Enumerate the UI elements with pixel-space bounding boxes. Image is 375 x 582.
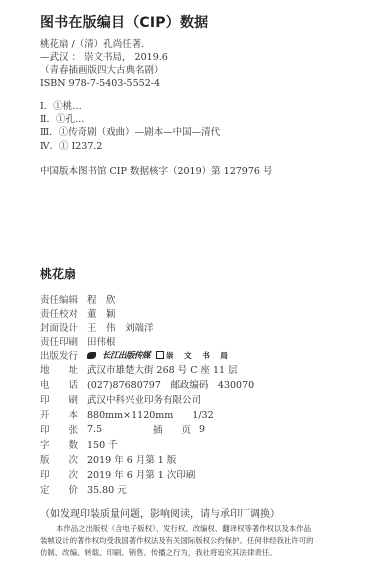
classification-2: Ⅱ．①孔… [40,111,84,125]
cip-line-isbn: ISBN 978-7-5403-5552-4 [40,77,160,91]
credit-row-proofreader: 责任校对 董 颖 [40,306,116,320]
detail-value: 880mm×1120mm 1/32 [87,407,214,421]
copyright-page: 图书在版编目（CIP）数据 桃花扇 /（清）孔尚任著． —武汉 ： 崇文书局， … [0,0,375,582]
detail-value: (027)87680797 邮政编码 430070 [87,377,254,391]
chongwen-logo-text: 崇 文 书 局 [166,350,232,361]
chongwen-logo: 崇 文 书 局 [156,350,232,361]
detail-row-edition: 版次 2019 年 6 月第 1 版 [40,452,176,466]
chongwen-seal-icon [156,351,164,359]
detail-label: 地址 [40,362,78,376]
cip-line-series: （青春插画版四大古典名剧） [40,64,164,78]
credit-value: 田伟根 [87,334,116,348]
credit-row-cover-design: 封面设计 王 伟 刘端洋 [40,320,154,334]
credit-label: 责任校对 [40,306,87,320]
detail-value: 2019 年 6 月第 1 版 [87,452,176,466]
detail-value: 35.80 元 [87,482,127,496]
detail-row-printer: 印刷 武汉中科兴业印务有限公司 [40,392,201,406]
detail-label: 版次 [40,452,78,466]
inserts-value: 9 [199,424,205,435]
detail-row-word-count: 字数 150 千 [40,437,118,451]
changjiang-media-logo-text: 长江出版传媒 [102,349,150,361]
detail-row-format: 开本 880mm×1120mm 1/32 [40,407,214,421]
detail-row-impression: 印次 2019 年 6 月第 1 次印刷 [40,467,195,481]
publisher-logos: 长江出版传媒 崇 文 书 局 [87,349,232,361]
credit-value: 程 欣 [87,292,116,306]
detail-row-address: 地址 武汉市雄楚大街 268 号 C 座 11 层 [40,362,238,376]
detail-label: 印刷 [40,392,78,406]
detail-value: 150 千 [87,437,118,451]
credit-row-editor: 责任编辑 程 欣 [40,292,116,306]
classification-4: Ⅳ．① I237.2 [40,138,102,152]
inserts-label: 插页 [153,422,191,436]
detail-label: 印次 [40,467,78,481]
credit-label: 责任印刷 [40,334,87,348]
copyright-statement: 本作品之出版权（含电子版权）、发行权、改编权、翻译权等著作权以及本作品装帧设计的… [40,523,315,559]
book-title: 桃花扇 [40,265,76,282]
cip-line-title-author: 桃花扇 /（清）孔尚任著． [40,38,151,52]
detail-value: 2019 年 6 月第 1 次印刷 [87,467,195,481]
detail-value: 7.5 [87,424,153,435]
detail-label: 定价 [40,482,78,496]
classification-1: Ⅰ．①桃… [40,98,82,112]
detail-value: 武汉市雄楚大街 268 号 C 座 11 层 [87,362,238,376]
classification-3: Ⅲ．①传奇剧（戏曲）—剧本—中国—清代 [40,124,220,138]
credit-row-publisher: 出版发行 长江出版传媒 崇 文 书 局 [40,348,232,362]
detail-row-sheets: 印张 7.5 插页 9 [40,422,205,436]
detail-label: 电话 [40,377,78,391]
credit-label: 封面设计 [40,320,87,334]
detail-label: 字数 [40,437,78,451]
detail-label: 开本 [40,407,78,421]
cip-verification-number: 中国版本图书馆 CIP 数据核字（2019）第 127976 号 [40,163,272,177]
detail-label: 印张 [40,422,78,436]
credit-label: 责任编辑 [40,292,87,306]
credit-value: 王 伟 刘端洋 [87,320,154,334]
credit-label: 出版发行 [40,348,87,362]
cip-heading: 图书在版编目（CIP）数据 [40,12,208,32]
detail-row-price: 定价 35.80 元 [40,482,127,496]
cip-line-publisher: —武汉 ： 崇文书局， 2019.6 [40,51,168,65]
detail-row-phone: 电话 (027)87680797 邮政编码 430070 [40,377,254,391]
quality-notice: （如发现印装质量问题，影响阅读，请与承印厂调换） [40,505,280,520]
credit-row-printing-supervisor: 责任印刷 田伟根 [40,334,116,348]
detail-value: 武汉中科兴业印务有限公司 [87,392,201,406]
changjiang-logo-icon [87,352,96,359]
credit-value: 董 颖 [87,306,116,320]
